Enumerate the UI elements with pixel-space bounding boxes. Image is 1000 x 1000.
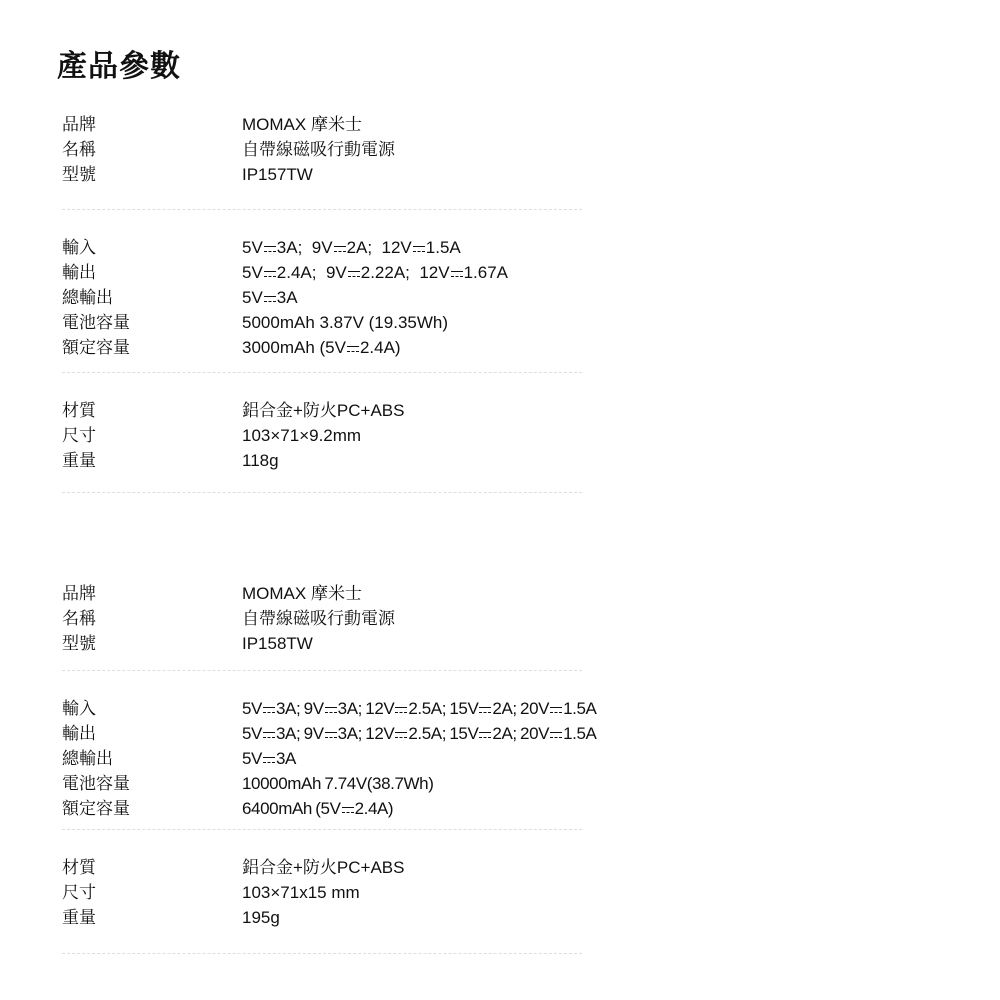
dc-symbol [347, 342, 359, 355]
spec-value: 103×71×9.2mm [242, 423, 361, 448]
spec-row: 電池容量5000mAh 3.87V (19.35Wh) [57, 310, 1000, 335]
spec-row: 重量195g [57, 905, 1000, 930]
dashed-divider [62, 209, 582, 210]
spec-row: 額定容量3000mAh (5V2.4A) [57, 335, 1000, 360]
spec-label: 總輸出 [62, 285, 242, 310]
dc-symbol [334, 242, 346, 255]
spec-label: 尺寸 [62, 423, 242, 448]
spec-row: 名稱自帶線磁吸行動電源 [57, 137, 1000, 162]
dc-symbol [413, 242, 425, 255]
spec-row: 品牌MOMAX 摩米士 [57, 112, 1000, 137]
dc-symbol [342, 803, 354, 816]
dc-symbol [451, 267, 463, 280]
dashed-divider [62, 492, 582, 493]
spec-value: 5V3A; 9V3A; 12V2.5A; 15V2A; 20V1.5A [242, 721, 597, 746]
dc-symbol [550, 728, 562, 741]
spec-value: 5V3A [242, 285, 298, 310]
spec-value: MOMAX 摩米士 [242, 112, 362, 137]
spec-label: 型號 [62, 162, 242, 187]
dashed-divider [62, 372, 582, 373]
spec-row: 名稱自帶線磁吸行動電源 [57, 606, 1000, 631]
spec-value: 118g [242, 448, 279, 473]
spec-value: MOMAX 摩米士 [242, 581, 362, 606]
spec-row: 型號IP158TW [57, 631, 1000, 656]
dc-symbol [479, 703, 491, 716]
spec-value: 5V3A; 9V3A; 12V2.5A; 15V2A; 20V1.5A [242, 696, 597, 721]
spec-value: 3000mAh (5V2.4A) [242, 335, 401, 360]
product-power-group: 輸入5V3A; 9V2A; 12V1.5A輸出5V2.4A; 9V2.22A; … [57, 235, 1000, 360]
spec-label: 材質 [62, 398, 242, 423]
spec-value: 103×71x15 mm [242, 880, 360, 905]
dc-symbol [263, 753, 275, 766]
spec-row: 品牌MOMAX 摩米士 [57, 581, 1000, 606]
spec-value: IP158TW [242, 631, 313, 656]
dashed-divider [62, 670, 582, 671]
spec-row: 電池容量10000mAh 7.74V(38.7Wh) [57, 771, 1000, 796]
spec-label: 電池容量 [62, 771, 242, 796]
spec-row: 型號IP157TW [57, 162, 1000, 187]
spec-row: 輸出5V2.4A; 9V2.22A; 12V1.67A [57, 260, 1000, 285]
spec-value: 鋁合金+防火PC+ABS [242, 855, 405, 880]
spec-label: 額定容量 [62, 335, 242, 360]
spec-label: 電池容量 [62, 310, 242, 335]
spec-value: 5V2.4A; 9V2.22A; 12V1.67A [242, 260, 508, 285]
spec-value: IP157TW [242, 162, 313, 187]
spec-value: 5V3A [242, 746, 296, 771]
product-section-ip158tw: 品牌MOMAX 摩米士名稱自帶線磁吸行動電源型號IP158TW 輸入5V3A; … [57, 581, 1000, 954]
dc-symbol [264, 242, 276, 255]
spec-row: 輸入5V3A; 9V3A; 12V2.5A; 15V2A; 20V1.5A [57, 696, 1000, 721]
spec-value: 5000mAh 3.87V (19.35Wh) [242, 310, 448, 335]
dc-symbol [264, 292, 276, 305]
page-title: 產品參數 [57, 50, 1000, 84]
spec-label: 總輸出 [62, 746, 242, 771]
spec-label: 品牌 [62, 112, 242, 137]
spec-row: 重量118g [57, 448, 1000, 473]
spec-label: 名稱 [62, 137, 242, 162]
spec-row: 額定容量6400mAh (5V2.4A) [57, 796, 1000, 821]
spec-value: 鋁合金+防火PC+ABS [242, 398, 405, 423]
dc-symbol [395, 703, 407, 716]
dc-symbol [479, 728, 491, 741]
spec-row: 材質鋁合金+防火PC+ABS [57, 855, 1000, 880]
spec-label: 材質 [62, 855, 242, 880]
spec-row: 輸出5V3A; 9V3A; 12V2.5A; 15V2A; 20V1.5A [57, 721, 1000, 746]
spec-row: 總輸出5V3A [57, 746, 1000, 771]
product-power-group: 輸入5V3A; 9V3A; 12V2.5A; 15V2A; 20V1.5A輸出5… [57, 696, 1000, 821]
spec-value: 10000mAh 7.74V(38.7Wh) [242, 771, 434, 796]
spec-label: 輸出 [62, 721, 242, 746]
spec-label: 輸入 [62, 696, 242, 721]
spec-label: 品牌 [62, 581, 242, 606]
dc-symbol [264, 267, 276, 280]
spec-row: 輸入5V3A; 9V2A; 12V1.5A [57, 235, 1000, 260]
dc-symbol [348, 267, 360, 280]
dc-symbol [325, 728, 337, 741]
product-spec-page: 產品參數 品牌MOMAX 摩米士名稱自帶線磁吸行動電源型號IP157TW 輸入5… [0, 0, 1000, 954]
spec-value: 5V3A; 9V2A; 12V1.5A [242, 235, 461, 260]
spec-row: 材質鋁合金+防火PC+ABS [57, 398, 1000, 423]
product-physical-group: 材質鋁合金+防火PC+ABS尺寸103×71x15 mm重量195g [57, 855, 1000, 930]
dc-symbol [395, 728, 407, 741]
spec-label: 輸出 [62, 260, 242, 285]
product-physical-group: 材質鋁合金+防火PC+ABS尺寸103×71×9.2mm重量118g [57, 398, 1000, 473]
spec-value: 自帶線磁吸行動電源 [242, 137, 395, 162]
spec-row: 尺寸103×71×9.2mm [57, 423, 1000, 448]
spec-row: 總輸出5V3A [57, 285, 1000, 310]
spec-label: 重量 [62, 905, 242, 930]
spec-value: 195g [242, 905, 280, 930]
spec-label: 型號 [62, 631, 242, 656]
spec-value: 自帶線磁吸行動電源 [242, 606, 395, 631]
dc-symbol [325, 703, 337, 716]
spec-label: 輸入 [62, 235, 242, 260]
dashed-divider [62, 829, 582, 830]
spec-value: 6400mAh (5V2.4A) [242, 796, 393, 821]
product-info-group: 品牌MOMAX 摩米士名稱自帶線磁吸行動電源型號IP157TW [57, 112, 1000, 187]
product-info-group: 品牌MOMAX 摩米士名稱自帶線磁吸行動電源型號IP158TW [57, 581, 1000, 656]
product-section-ip157tw: 品牌MOMAX 摩米士名稱自帶線磁吸行動電源型號IP157TW 輸入5V3A; … [57, 112, 1000, 493]
spec-label: 重量 [62, 448, 242, 473]
dc-symbol [263, 728, 275, 741]
spec-label: 名稱 [62, 606, 242, 631]
dashed-divider [62, 953, 582, 954]
dc-symbol [550, 703, 562, 716]
spec-label: 額定容量 [62, 796, 242, 821]
dc-symbol [263, 703, 275, 716]
spec-row: 尺寸103×71x15 mm [57, 880, 1000, 905]
spec-label: 尺寸 [62, 880, 242, 905]
